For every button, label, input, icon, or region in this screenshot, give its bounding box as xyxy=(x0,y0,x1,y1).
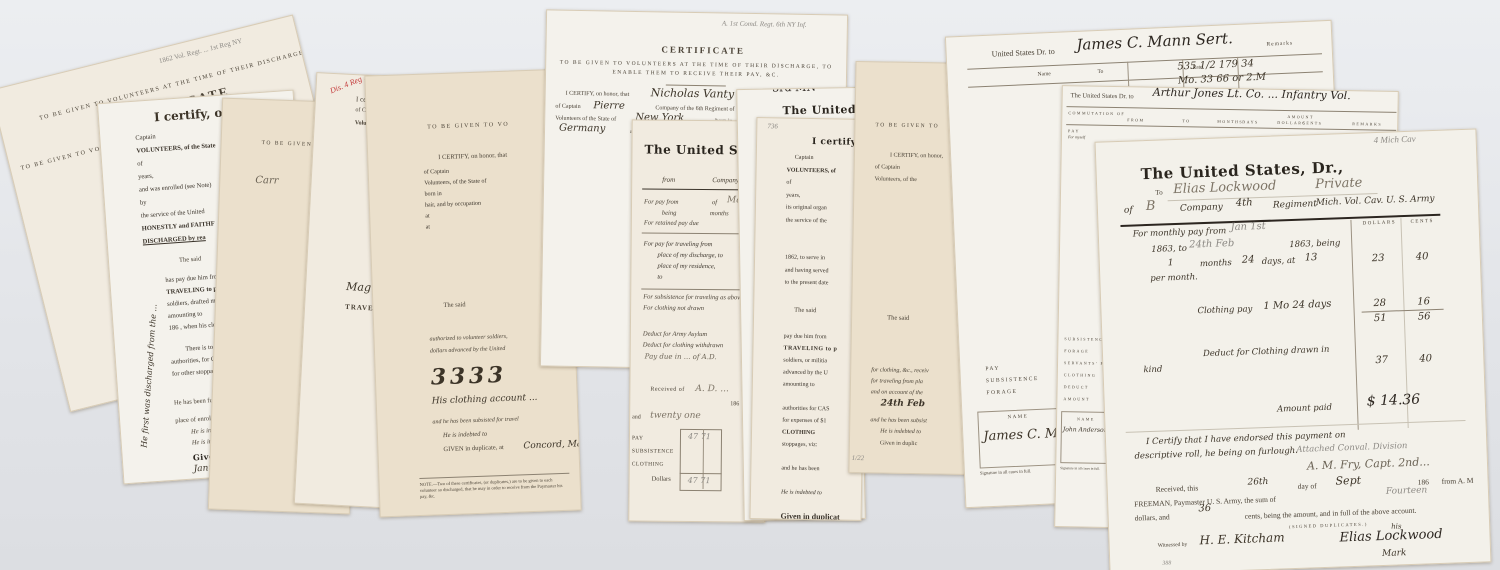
clothing-note: His clothing account ... xyxy=(432,393,538,407)
line-blank-2 xyxy=(785,239,834,252)
line-blank-3 xyxy=(781,451,840,464)
said: The said xyxy=(887,315,909,322)
pay-label: For monthly pay from xyxy=(1133,226,1227,239)
signature-note: Signature in all cases in full. xyxy=(1060,466,1100,471)
pay-label: PAY xyxy=(632,435,644,441)
year-2: 1863, being xyxy=(1289,238,1340,250)
clothing-line: for clothing, &c., receiv xyxy=(871,367,929,374)
pay-cents: 40 xyxy=(1416,251,1429,262)
dollars-label: Dollars xyxy=(652,476,671,483)
line-expenses: for expenses of $1 xyxy=(782,415,841,428)
mark-label: Mark xyxy=(1382,548,1407,559)
traveling-lines: For pay for traveling from place of my d… xyxy=(643,239,723,284)
certify-hand: Attached Conval. Division xyxy=(1296,441,1407,455)
retained: For retained pay due xyxy=(644,220,699,227)
line-given: Given in duplicat xyxy=(780,511,839,521)
clothing-pay-label: Clothing pay xyxy=(1197,304,1252,316)
received-label: Received, this xyxy=(1156,483,1199,493)
col-cents: CENTS xyxy=(1410,219,1434,225)
cert-lines: of Captain Volunteers, of the State of b… xyxy=(424,165,489,233)
form-header: TO BE GIVEN TO xyxy=(875,122,939,129)
to-date: 24th Feb xyxy=(1189,238,1234,251)
col-months: Months xyxy=(1217,119,1243,124)
volunteers: Volunteers, of the xyxy=(874,176,916,183)
header-rule-2 xyxy=(968,71,1323,87)
certify-lines: Captain VOLUNTEERS, of of years, its ori… xyxy=(785,152,837,290)
subsisted: and he has been subsisted for travel xyxy=(432,416,518,425)
body-line-1: authorized to volunteer soldiers, xyxy=(429,334,507,343)
signed-label: (SIGNED DUPLICATES.) xyxy=(1289,521,1368,529)
line-volunteers: VOLUNTEERS, of xyxy=(786,164,835,177)
given: GIVEN in duplicate, at xyxy=(443,444,504,453)
rank: Private xyxy=(1315,175,1363,192)
of-label: of xyxy=(1124,206,1133,216)
figures-1: 535 1/2 179 34 xyxy=(1177,58,1254,72)
birthplace: Germany xyxy=(559,123,605,135)
kind-label: kind xyxy=(1143,365,1162,376)
day-of-label: day of xyxy=(1298,481,1317,491)
indebted: He is indebted to xyxy=(880,428,921,435)
days-label: days, at xyxy=(1262,256,1296,267)
label-subsistence: Subsistence xyxy=(986,376,1039,384)
number: 736 xyxy=(767,122,778,130)
line-authorities: authorities for CAS xyxy=(782,403,841,416)
numbers-scrawl: 3 3 3 3 xyxy=(430,362,501,390)
company-label: Company xyxy=(1180,202,1223,213)
line-of: of xyxy=(786,177,835,190)
signature-label: Name xyxy=(1077,416,1095,421)
front-voucher: 4 Mich Cav The United States, Dr., To El… xyxy=(1095,128,1492,570)
label-deduct: Deduct xyxy=(1064,384,1089,389)
subsisted: and he has been subsist xyxy=(870,417,927,424)
traveling-3: place of my residence, xyxy=(643,261,722,273)
note: NOTE.—Two of these certificates, (or dup… xyxy=(420,477,571,500)
regiment-text: Mich. Vol. Cav. U. S. Army xyxy=(1316,194,1435,208)
line-blank xyxy=(785,227,834,240)
subtotal-dollars: 51 xyxy=(1374,313,1387,324)
row-myself: For myself xyxy=(1068,134,1085,139)
received-month: Sept xyxy=(1335,474,1361,488)
state-label: Volunteers of the State of xyxy=(555,116,616,123)
of-label: of xyxy=(712,199,717,206)
form-header: TO BE GIVEN TO VO xyxy=(427,122,509,131)
line-volunteers: Volunteers, of the State of xyxy=(424,176,487,189)
clothing-label: CLOTHING xyxy=(632,461,664,467)
cents-text: cents, being the amount, and in full of … xyxy=(1245,506,1417,521)
line-year: 1862, to serve in xyxy=(785,252,834,265)
signature-footer: Signature in all cases in full. xyxy=(980,468,1031,475)
row-pay: Pay xyxy=(1068,128,1080,133)
line-original: its original organ xyxy=(786,202,835,215)
label-amount: Amount xyxy=(1063,396,1090,401)
regiment-label: Regiment xyxy=(1273,199,1317,211)
certify: I CERTIFY, on honor, that xyxy=(438,152,507,161)
line-at-2: at xyxy=(426,220,489,233)
line-there xyxy=(783,391,842,404)
pay-dollars: 23 xyxy=(1372,253,1385,264)
line-served: and having served xyxy=(785,264,834,277)
line-amounting: amounting to xyxy=(783,379,842,392)
line-present: to the present date xyxy=(785,277,834,290)
and-label: and xyxy=(632,414,641,420)
from-date: Jan 1st xyxy=(1230,221,1265,233)
line-stoppages: stoppages, viz: xyxy=(782,439,841,452)
line-clothing: CLOTHING xyxy=(782,427,841,440)
witnessed-label: Witnessed by xyxy=(1158,542,1188,549)
line-soldiers: soldiers, or militia xyxy=(783,355,842,368)
signature: John Anderson xyxy=(1063,426,1108,434)
col-dollars: DOLLARS xyxy=(1362,220,1396,226)
rate: 13 xyxy=(1305,252,1318,263)
certificate-title: CERTIFICATE xyxy=(661,44,745,55)
account-line: and on account of the xyxy=(871,389,923,396)
amount-paid-label: Amount paid xyxy=(1277,403,1332,415)
line-furnished: and he has been xyxy=(781,463,840,476)
soldier-name: Nicholas Vanty xyxy=(651,86,735,100)
voucher-title: The United States Dr. to xyxy=(1071,92,1134,100)
deduct-dollars: 37 xyxy=(1375,355,1388,366)
label-forage: Forage xyxy=(1064,348,1089,353)
months-label: months xyxy=(710,210,729,217)
signature-label: NAME xyxy=(1007,414,1028,420)
regiment-number: 4th xyxy=(1236,197,1253,209)
label-forage: Forage xyxy=(986,389,1017,396)
company-letter: B xyxy=(1146,199,1156,214)
pay-amount: 47 71 xyxy=(688,432,711,441)
months-count: 1 xyxy=(1168,258,1174,268)
subtotal-rule xyxy=(1362,309,1444,313)
side-handwriting: He first was discharged from the ... xyxy=(140,304,159,448)
certificate-subtitle: TO BE GIVEN TO VOLUNTEERS AT THE TIME OF… xyxy=(556,59,836,82)
pencil-note: 3rd MN xyxy=(772,87,816,94)
col-remarks: Remarks xyxy=(1266,40,1293,47)
indebted: He is indebted to xyxy=(443,431,487,440)
total-amount: 47 71 xyxy=(688,476,711,485)
line-blank-4 xyxy=(781,475,840,488)
col-remarks: Remarks xyxy=(1352,121,1382,127)
voucher-title: United States Dr. to xyxy=(992,47,1055,59)
clothing: For clothing not drawn xyxy=(643,305,704,313)
line-years: years, xyxy=(786,189,835,202)
per-month: per month. xyxy=(1150,272,1198,284)
days-count: 24 xyxy=(1242,254,1255,265)
his-label: his xyxy=(1391,522,1402,530)
date: 24th Feb xyxy=(881,398,925,409)
subsistence: For subsistence for traveling as above xyxy=(643,294,743,302)
col-amount: Amount xyxy=(1287,114,1314,119)
pay-from: For pay from xyxy=(644,199,678,206)
traveling-line: for traveling from pla xyxy=(871,378,923,385)
certify: I CERTIFY, on honor, that xyxy=(566,91,630,98)
place: Concord, Mass xyxy=(523,439,581,451)
said: The said xyxy=(794,307,816,314)
col-to: To xyxy=(1182,118,1190,123)
col-from: From xyxy=(1127,117,1144,122)
side-mark: 1/22 xyxy=(852,454,865,462)
year: 186 xyxy=(730,401,739,407)
line-advanced: advanced by the U xyxy=(783,367,842,380)
form-title: The United xyxy=(783,103,857,117)
col-divider-1 xyxy=(1350,220,1358,430)
cents-value: 36 xyxy=(1198,503,1211,514)
deduct-cents: 40 xyxy=(1419,353,1432,364)
being-label: being xyxy=(662,210,677,217)
pencil-note: 4 Mich Cav xyxy=(1373,134,1415,145)
witness-signature: H. E. Kitcham xyxy=(1199,530,1285,547)
to-label: To xyxy=(1155,188,1163,196)
side-header: TO BE GIVEN TO VO xyxy=(20,146,101,172)
given: Given in duplic xyxy=(880,440,917,447)
captain-name: Pierre xyxy=(593,100,625,112)
traveling-2: place of my discharge, to xyxy=(644,250,723,262)
traveling-1: For pay for traveling from xyxy=(644,239,723,251)
officer-signature: A. M. Fry, Capt. 2nd... xyxy=(1307,455,1430,472)
year-1: 1863, to xyxy=(1151,244,1187,255)
clothing-pay-note: 1 Mo 24 days xyxy=(1263,299,1331,312)
said: The said xyxy=(443,301,465,309)
received-name: A. D. ... xyxy=(695,384,729,394)
clothing-withdrawn: Deduct for clothing withdrawn xyxy=(643,342,723,350)
body-line-2: dollars advanced by the United xyxy=(430,346,505,355)
col-name: Name xyxy=(1038,71,1051,78)
dollars-and: dollars, and xyxy=(1135,512,1170,522)
certify: I certify xyxy=(812,137,857,148)
army-asylum: Deduct for Army Asylum xyxy=(643,331,707,339)
captain-label: of Captain xyxy=(555,104,580,110)
said-label: The said xyxy=(179,255,202,264)
subsistence-label: SUBSISTENCE xyxy=(632,448,674,454)
line-captain: Captain xyxy=(787,152,836,165)
subtotal-cents: 56 xyxy=(1418,311,1431,322)
said-lines: pay due him from TRAVELING to p soldiers… xyxy=(780,331,842,521)
months-label: months xyxy=(1200,258,1232,269)
clothing-dollars: 28 xyxy=(1373,298,1386,309)
col-commutation: Commutation of xyxy=(1068,110,1125,116)
pencil-note: A. 1st Comd. Regt. 6th NY Inf. xyxy=(722,19,807,28)
received-of: Received of xyxy=(650,387,684,393)
line-indebted: He is indebted to xyxy=(781,487,840,500)
clothing-cents: 16 xyxy=(1417,296,1430,307)
payee-name: James C. Mann Sert. xyxy=(1076,29,1233,54)
line-traveling: TRAVELING to p xyxy=(783,343,842,356)
line-pay-due: pay due him from xyxy=(784,331,843,344)
received-day: 26th xyxy=(1247,477,1268,488)
col-to: To xyxy=(1097,69,1103,75)
from-label: from A. M xyxy=(1441,476,1473,486)
sum-text: Fourteen xyxy=(1386,485,1428,496)
line-blank-5 xyxy=(781,499,840,512)
company-label: Company xyxy=(712,176,739,184)
line-hair: hair, and by occupation xyxy=(425,198,488,211)
col-days: Days xyxy=(1242,119,1259,124)
label-clothing: Clothing xyxy=(1064,372,1097,378)
form-lines: Captain VOLUNTEERS, of the State of year… xyxy=(135,126,222,248)
deduct-scrawl: Pay due in ... of A.D. xyxy=(645,353,717,362)
from-label: from xyxy=(662,176,675,184)
figures-2: Mo. 33 66 or 2.M xyxy=(1178,72,1266,87)
certify-text-2: descriptive roll, he being on furlough. xyxy=(1134,446,1298,462)
margin-marks: 388 xyxy=(1162,560,1171,566)
cents-text: twenty one xyxy=(650,411,701,421)
label-pay: Pay xyxy=(985,366,1000,373)
header-rule-2 xyxy=(1066,124,1396,131)
deduct-label: Deduct for Clothing drawn in xyxy=(1203,345,1330,359)
amount-paid: $ 14.36 xyxy=(1366,392,1420,410)
handwriting: Carr xyxy=(255,175,279,187)
captain: of Captain xyxy=(875,164,900,170)
col-cents: Cents xyxy=(1302,120,1322,125)
payee-name: Elias Lockwood xyxy=(1173,178,1277,197)
traveling-4: to xyxy=(643,272,722,284)
certify: I CERTIFY, on honor, xyxy=(890,153,943,160)
line-service: the service of the xyxy=(786,214,835,227)
